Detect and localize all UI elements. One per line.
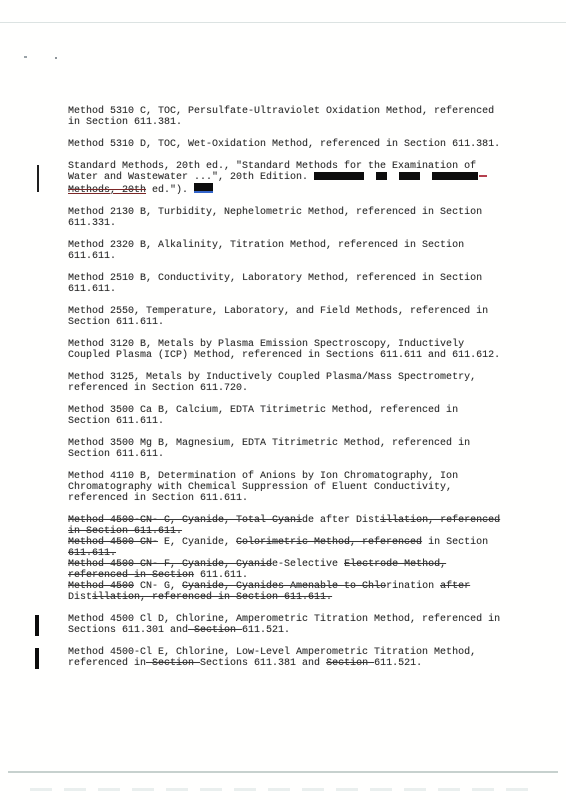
text-line: Chromatography with Chemical Suppression…: [68, 482, 518, 493]
text-segment: Section 611.611.: [68, 317, 164, 328]
text-segment: Section 611.611.: [68, 449, 164, 460]
text-line: 611.611.: [68, 284, 518, 295]
para-method-2550: Method 2550, Temperature, Laboratory, an…: [68, 306, 518, 328]
document-body: Method 5310 C, TOC, Persulfate-Ultraviol…: [68, 106, 518, 680]
struck-text: Cyanide, Cyanides Amenable to Chlo: [182, 581, 386, 592]
scan-speck: [55, 57, 57, 59]
text-segment: Method 2510 B, Conductivity, Laboratory …: [68, 273, 482, 284]
para-method-4110-b: Method 4110 B, Determination of Anions b…: [68, 471, 518, 504]
struck-text: Method 4500 CN-: [68, 537, 158, 548]
text-line: Method 3500 Ca B, Calcium, EDTA Titrimet…: [68, 405, 518, 416]
struck-text: Section: [146, 658, 200, 669]
text-line: Sections 611.301 and Section 611.521.: [68, 625, 518, 636]
para-method-3500-mg-b: Method 3500 Mg B, Magnesium, EDTA Titrim…: [68, 438, 518, 460]
text-segment: Method 2320 B, Alkalinity, Titration Met…: [68, 240, 464, 251]
struck-text: illation, referenced in Section 611.611.: [92, 592, 332, 603]
para-method-3125: Method 3125, Metals by Inductively Coupl…: [68, 372, 518, 394]
text-line: Method 5310 D, TOC, Wet-Oxidation Method…: [68, 139, 518, 150]
text-line: Methods, 20th ed.").: [68, 183, 518, 196]
struck-text: Electrode Method,: [344, 559, 446, 570]
para-method-2510-b: Method 2510 B, Conductivity, Laboratory …: [68, 273, 518, 295]
text-segment: Method 3500 Ca B, Calcium, EDTA Titrimet…: [68, 405, 458, 416]
text-segment: in Section 611.381.: [68, 117, 182, 128]
redaction-blue-underline: [194, 183, 213, 193]
text-segment: Method 4110 B, Determination of Anions b…: [68, 471, 458, 482]
struck-text: Section: [326, 658, 374, 669]
text-line: referenced in Section Sections 611.381 a…: [68, 658, 518, 669]
text-segment: Method 5310 D, TOC, Wet-Oxidation Method…: [68, 139, 500, 150]
para-method-2130-b: Method 2130 B, Turbidity, Nephelometric …: [68, 207, 518, 229]
text-segment: Coupled Plasma (ICP) Method, referenced …: [68, 350, 500, 361]
text-line: Method 4500 CN- E, Cyanide, Colorimetric…: [68, 537, 518, 548]
text-line: Coupled Plasma (ICP) Method, referenced …: [68, 350, 518, 361]
text-segment: [364, 172, 376, 183]
text-segment: Chromatography with Chemical Suppression…: [68, 482, 452, 493]
text-line: Method 4500 Cl D, Chlorine, Amperometric…: [68, 614, 518, 625]
text-line: Section 611.611.: [68, 416, 518, 427]
text-segment: CN- G,: [134, 581, 182, 592]
redaction-bar: [399, 172, 420, 180]
para-method-3120-b: Method 3120 B, Metals by Plasma Emission…: [68, 339, 518, 361]
text-line: Method 4500 CN- G, Cyanide, Cyanides Ame…: [68, 581, 518, 592]
text-line: Section 611.611.: [68, 449, 518, 460]
text-segment: Method 3500 Mg B, Magnesium, EDTA Titrim…: [68, 438, 470, 449]
text-line: referenced in Section 611.611.: [68, 570, 518, 581]
text-line: 611.611.: [68, 548, 518, 559]
text-line: Method 2510 B, Conductivity, Laboratory …: [68, 273, 518, 284]
para-method-4500-cn-f: Method 4500 CN- F, Cyanide, Cyanide-Sele…: [68, 559, 518, 581]
para-method-2320-b: Method 2320 B, Alkalinity, Titration Met…: [68, 240, 518, 262]
struck-text: after: [440, 581, 470, 592]
scan-top-rule: [0, 22, 566, 23]
text-segment: 611.521.: [374, 658, 422, 669]
text-line: Method 2320 B, Alkalinity, Titration Met…: [68, 240, 518, 251]
text-segment: [420, 172, 432, 183]
text-segment: Method 2130 B, Turbidity, Nephelometric …: [68, 207, 482, 218]
text-line: Section 611.611.: [68, 317, 518, 328]
text-line: Method 4500-Cl E, Chlorine, Low-Level Am…: [68, 647, 518, 658]
text-segment: Method 3125, Metals by Inductively Coupl…: [68, 372, 476, 383]
para-method-4500-cn-c: Method 4500-CN- C, Cyanide, Total Cyanid…: [68, 515, 518, 537]
text-segment: Method 5310 C, TOC, Persulfate-Ultraviol…: [68, 106, 494, 117]
text-segment: in Section: [422, 537, 488, 548]
scanned-document-page: Method 5310 C, TOC, Persulfate-Ultraviol…: [0, 0, 566, 800]
redaction-bar: [376, 172, 387, 180]
text-line: referenced in Section 611.611.: [68, 493, 518, 504]
text-segment: Water and Wastewater ...", 20th Edition.: [68, 172, 314, 183]
para-method-4500-cl-d: Method 4500 Cl D, Chlorine, Amperometric…: [68, 614, 518, 636]
text-line: Water and Wastewater ...", 20th Edition.: [68, 172, 518, 183]
text-segment: Method 4500 Cl D, Chlorine, Amperometric…: [68, 614, 500, 625]
text-segment: ed.").: [146, 185, 188, 196]
text-segment: referenced in Section 611.720.: [68, 383, 248, 394]
text-segment: Method 3120 B, Metals by Plasma Emission…: [68, 339, 464, 350]
text-segment: 611.521.: [242, 625, 290, 636]
para-method-4500-cn-g: Method 4500 CN- G, Cyanide, Cyanides Ame…: [68, 581, 518, 603]
text-line: in Section 611.381.: [68, 117, 518, 128]
text-segment: Standard Methods, 20th ed., "Standard Me…: [68, 161, 476, 172]
para-standard-methods: Standard Methods, 20th ed., "Standard Me…: [68, 161, 518, 196]
text-line: Method 4110 B, Determination of Anions b…: [68, 471, 518, 482]
para-method-5310-c: Method 5310 C, TOC, Persulfate-Ultraviol…: [68, 106, 518, 128]
text-line: referenced in Section 611.720.: [68, 383, 518, 394]
text-segment: 611.611.: [68, 284, 116, 295]
text-segment: Method 2550, Temperature, Laboratory, an…: [68, 306, 488, 317]
text-line: Method 4500 CN- F, Cyanide, Cyanide-Sele…: [68, 559, 518, 570]
struck-text: Methods, 20th: [68, 185, 146, 196]
struck-text: in Section 611.611.: [68, 526, 182, 537]
scan-bottom-smudge: [30, 788, 540, 791]
scan-bottom-rule: [8, 771, 558, 773]
text-line: in Section 611.611.: [68, 526, 518, 537]
text-line: 611.331.: [68, 218, 518, 229]
text-line: Method 5310 C, TOC, Persulfate-Ultraviol…: [68, 106, 518, 117]
text-segment: de after Dist: [302, 515, 380, 526]
struck-text: Method 4500-CN- C, Cyanide, Total Cyani: [68, 515, 302, 526]
para-method-5310-d: Method 5310 D, TOC, Wet-Oxidation Method…: [68, 139, 518, 150]
text-segment: Sections 611.381 and: [200, 658, 326, 669]
text-segment: 611.611.: [68, 251, 116, 262]
para-method-4500-cl-e: Method 4500-Cl E, Chlorine, Low-Level Am…: [68, 647, 518, 669]
text-segment: Sections 611.301 and: [68, 625, 188, 636]
text-line: Method 3125, Metals by Inductively Coupl…: [68, 372, 518, 383]
text-segment: referenced in: [68, 658, 146, 669]
struck-text: Method 4500: [68, 581, 134, 592]
struck-text: Colorimetric Method, referenced: [236, 537, 422, 548]
text-line: Method 3120 B, Metals by Plasma Emission…: [68, 339, 518, 350]
text-line: Method 2130 B, Turbidity, Nephelometric …: [68, 207, 518, 218]
text-segment: e-Selective: [272, 559, 344, 570]
para-method-3500-ca-b: Method 3500 Ca B, Calcium, EDTA Titrimet…: [68, 405, 518, 427]
struck-text: Section: [188, 625, 242, 636]
text-segment: rination: [386, 581, 440, 592]
text-segment: E, Cyanide,: [158, 537, 236, 548]
text-line: 611.611.: [68, 251, 518, 262]
scan-speck: [24, 56, 27, 58]
text-segment: referenced in Section 611.611.: [68, 493, 248, 504]
struck-text: referenced in Section: [68, 570, 194, 581]
redaction-bar: [432, 172, 478, 180]
text-line: Standard Methods, 20th ed., "Standard Me…: [68, 161, 518, 172]
text-line: Method 2550, Temperature, Laboratory, an…: [68, 306, 518, 317]
text-segment: Dist: [68, 592, 92, 603]
text-segment: 611.331.: [68, 218, 116, 229]
text-line: Method 4500-CN- C, Cyanide, Total Cyanid…: [68, 515, 518, 526]
redaction-bar: [314, 172, 364, 180]
text-segment: Method 4500-Cl E, Chlorine, Low-Level Am…: [68, 647, 476, 658]
text-line: Distillation, referenced in Section 611.…: [68, 592, 518, 603]
para-method-4500-cn-e: Method 4500 CN- E, Cyanide, Colorimetric…: [68, 537, 518, 559]
text-segment: [387, 172, 399, 183]
text-line: Method 3500 Mg B, Magnesium, EDTA Titrim…: [68, 438, 518, 449]
struck-text: illation, referenced: [380, 515, 500, 526]
text-segment: 611.611.: [194, 570, 248, 581]
struck-text: Method 4500 CN- F, Cyanide, Cyanid: [68, 559, 272, 570]
text-segment: Section 611.611.: [68, 416, 164, 427]
struck-text: 611.611.: [68, 548, 116, 559]
